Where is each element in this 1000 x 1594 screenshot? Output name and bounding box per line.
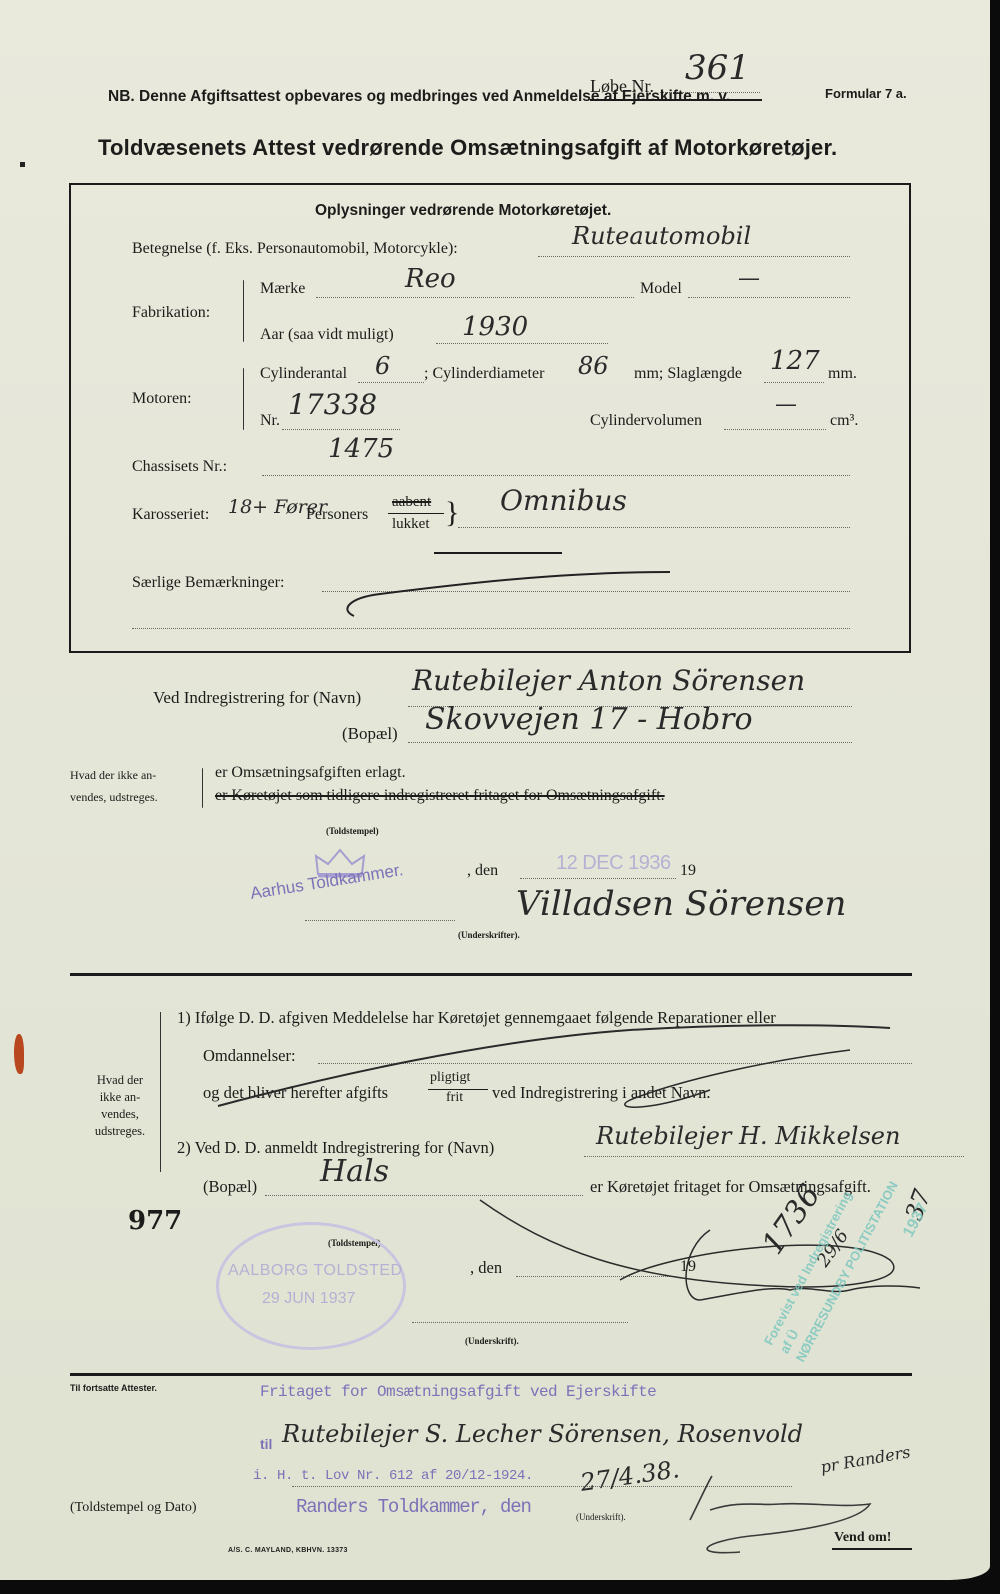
vehicle-box-heading: Oplysninger vedrørende Motorkøretøjet. xyxy=(315,202,611,220)
option-exempt-struck: er Køretøjet som tidligere indregistrere… xyxy=(215,787,665,805)
hvad-line: vendes, xyxy=(80,1106,160,1123)
aalborg-stamp-line1: AALBORG TOLDSTED xyxy=(228,1262,403,1280)
hvad-line: Hvad der xyxy=(80,1072,160,1089)
cancel-flourish-2 xyxy=(210,1020,900,1110)
maerke-label: Mærke xyxy=(260,280,305,298)
aalborg-stamp-line2: 29 JUN 1937 xyxy=(262,1290,355,1308)
signature-1: Villadsen Sörensen xyxy=(516,884,846,924)
item2-bopael-value: Hals xyxy=(320,1154,389,1189)
mm-unit: mm. xyxy=(828,365,857,383)
aabent-option: aabent xyxy=(392,494,431,511)
model-dots xyxy=(688,297,850,298)
option-brace xyxy=(202,768,203,808)
toldstempel-dato-label: (Toldstempel og Dato) xyxy=(70,1500,197,1516)
maerke-dots xyxy=(316,297,634,298)
hvad-line: ikke an- xyxy=(80,1089,160,1106)
cylindervolumen-value: — xyxy=(775,392,797,417)
randers-stamp: Randers Toldkammer, den xyxy=(296,1496,531,1518)
maerke-value: Reo xyxy=(405,264,456,294)
hvad-label-1: Hvad der ikke an- xyxy=(70,768,156,783)
personers-label: Personers xyxy=(306,506,368,524)
section-separator xyxy=(434,552,562,554)
aar-dots xyxy=(436,343,608,344)
bemaerkninger-label: Særlige Bemærkninger: xyxy=(132,574,284,592)
til-fortsatte-label: Til fortsatte Attester. xyxy=(70,1383,157,1393)
item2-navn-value: Rutebilejer H. Mikkelsen xyxy=(596,1122,900,1150)
motoren-brace xyxy=(243,368,244,430)
registration-bopael-label: (Bopæl) xyxy=(342,724,398,744)
vend-om-label: Vend om! xyxy=(834,1530,891,1546)
den-label-1: , den xyxy=(467,862,498,880)
chassis-dots xyxy=(262,475,850,476)
underskrift-dots-2 xyxy=(412,1322,628,1323)
karosseri-value: Omnibus xyxy=(500,484,627,517)
option-tax-paid: er Omsætningsafgiften erlagt. xyxy=(215,764,406,782)
item2-bopael-label: (Bopæl) xyxy=(203,1177,257,1197)
hvad-label-2: vendes, udstreges. xyxy=(70,790,158,805)
section-divider-2 xyxy=(70,1373,912,1376)
til-value: Rutebilejer S. Lecher Sörensen, Rosenvol… xyxy=(282,1420,803,1448)
underskrift-label-2: (Underskrift). xyxy=(465,1336,519,1346)
karosseri-brace: } xyxy=(445,496,459,530)
cm3-unit: cm³. xyxy=(830,412,858,430)
betegnelse-label: Betegnelse (f. Eks. Personautomobil, Mot… xyxy=(132,240,458,258)
formular-label: Formular 7 a. xyxy=(825,86,907,101)
lov-stamp: i. H. t. Lov Nr. 612 af 20/12-1924. xyxy=(253,1468,533,1484)
slaglaengde-dots xyxy=(764,382,824,383)
underskrift-label-3: (Underskrift). xyxy=(576,1512,626,1522)
section2-brace xyxy=(160,1012,161,1172)
aar-label: Aar (saa vidt muligt) xyxy=(260,326,394,344)
betegnelse-dots xyxy=(538,256,850,257)
registration-navn-label: Ved Indregistrering for (Navn) xyxy=(153,688,361,708)
paper-hole-mark xyxy=(20,162,25,167)
date-stamp-1: 12 DEC 1936 xyxy=(556,852,671,875)
handwritten-date-3: 27/4.38. xyxy=(579,1455,682,1497)
fabrikation-brace xyxy=(243,280,244,342)
fraction-line xyxy=(388,513,444,514)
lobe-nr-value: 361 xyxy=(685,48,750,88)
section-divider-1 xyxy=(70,973,912,976)
cylindervolumen-label: Cylindervolumen xyxy=(590,412,702,430)
slaglaengde-value: 127 xyxy=(770,346,820,376)
chassis-value: 1475 xyxy=(328,434,394,464)
printer-imprint: A/S. C. MAYLAND, KBHVN. 13373 xyxy=(228,1547,348,1554)
slaglaengde-label: mm; Slaglængde xyxy=(634,365,742,383)
cylinderantal-value: 6 xyxy=(375,352,390,380)
document-title: Toldvæsenets Attest vedrørende Omsætning… xyxy=(98,135,837,161)
paper-tear-mark xyxy=(14,1034,24,1074)
lukket-option: lukket xyxy=(392,516,430,533)
motor-nr-value: 17338 xyxy=(288,388,377,421)
aar-value: 1930 xyxy=(462,312,528,342)
registration-bopael-value: Skovvejen 17 - Hobro xyxy=(425,702,753,737)
fabrikation-label: Fabrikation: xyxy=(132,304,210,322)
cylinderantal-dots xyxy=(358,382,424,383)
signature-dots-left xyxy=(305,920,455,921)
karosseri-dots xyxy=(458,527,850,528)
cylinderantal-label: Cylinderantal xyxy=(260,365,347,383)
chassis-label: Chassisets Nr.: xyxy=(132,458,227,476)
motor-nr-dots xyxy=(282,429,400,430)
toldstempel-label-1: (Toldstempel) xyxy=(326,826,379,836)
cancel-flourish-1 xyxy=(340,570,680,620)
fritaget-stamp: Fritaget for Omsætningsafgift ved Ejersk… xyxy=(260,1383,656,1401)
hvad-line: udstreges. xyxy=(80,1123,160,1140)
hvad-label-section2: Hvad der ikke an- vendes, udstreges. xyxy=(80,1072,160,1140)
cylindervolumen-dots xyxy=(724,429,826,430)
number-977: 977 xyxy=(128,1206,182,1236)
karosseri-label: Karosseriet: xyxy=(132,506,209,524)
aalborg-stamp-oval xyxy=(216,1222,406,1350)
date-dots-1 xyxy=(520,878,676,879)
registration-navn-value: Rutebilejer Anton Sörensen xyxy=(412,664,805,697)
certificate-paper: Løbe Nr. 361 Formular 7 a. NB. Denne Afg… xyxy=(0,0,990,1580)
cylinderdiameter-label: ; Cylinderdiameter xyxy=(424,365,544,383)
betegnelse-value: Ruteautomobil xyxy=(572,222,751,250)
bemaerkninger-dots-2 xyxy=(132,628,850,629)
cylinderdiameter-value: 86 xyxy=(578,352,609,380)
til-label: til xyxy=(260,1436,272,1452)
underskrifter-label: (Underskrifter). xyxy=(458,930,520,940)
registration-bopael-dots xyxy=(408,742,852,743)
model-value: — xyxy=(738,266,760,291)
item2-navn-dots xyxy=(584,1156,964,1157)
model-label: Model xyxy=(640,280,682,298)
year-prefix-1: 19 xyxy=(680,862,696,880)
signature-3 xyxy=(680,1470,890,1560)
vend-om-underline xyxy=(832,1548,912,1550)
nb-note: NB. Denne Afgiftsattest opbevares og med… xyxy=(108,88,730,106)
motor-nr-label: Nr. xyxy=(260,412,280,430)
motoren-label: Motoren: xyxy=(132,390,192,408)
